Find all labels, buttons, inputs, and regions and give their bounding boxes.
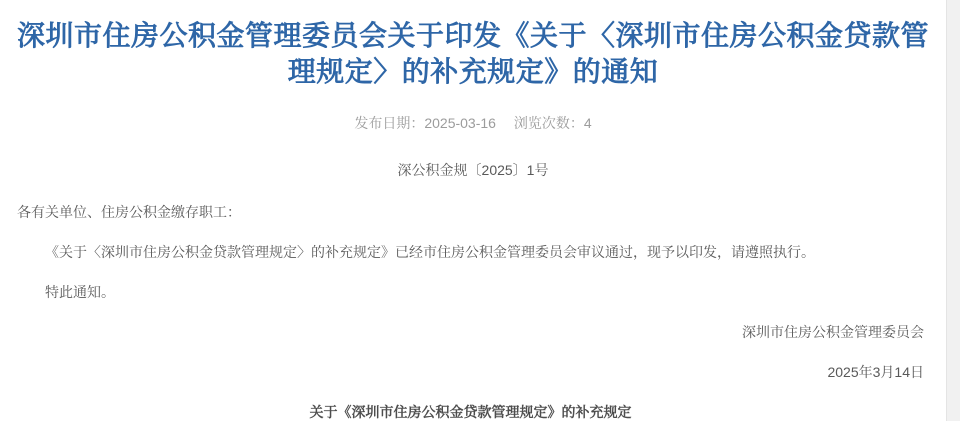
document-number: 深公积金规〔2025〕1号 — [0, 160, 946, 180]
publish-date: 发布日期：2025-03-16 — [354, 115, 496, 131]
notice-title: 深圳市住房公积金管理委员会关于印发《关于〈深圳市住房公积金贷款管理规定〉的补充规… — [0, 18, 946, 90]
body-paragraph: 《关于〈深圳市住房公积金贷款管理规定〉的补充规定》已经市住房公积金管理委员会审议… — [17, 244, 924, 260]
view-count: 浏览次数：4 — [514, 115, 592, 131]
view-count-label: 浏览次数： — [514, 115, 584, 131]
notice-body: 各有关单位、住房公积金缴存职工： 《关于〈深圳市住房公积金贷款管理规定〉的补充规… — [0, 204, 946, 420]
attachment-title: 关于《深圳市住房公积金贷款管理规定》的补充规定 — [17, 404, 924, 420]
page-viewport: 深圳市住房公积金管理委员会关于印发《关于〈深圳市住房公积金贷款管理规定〉的补充规… — [0, 0, 960, 421]
view-count-value: 4 — [584, 115, 592, 131]
notice-meta: 发布日期：2025-03-16 浏览次数：4 — [0, 113, 946, 133]
salutation: 各有关单位、住房公积金缴存职工： — [17, 204, 924, 220]
publish-date-label: 发布日期： — [354, 115, 424, 131]
closing-line: 特此通知。 — [17, 284, 924, 300]
signature-date: 2025年3月14日 — [17, 364, 924, 380]
publish-date-value: 2025-03-16 — [424, 115, 496, 131]
notice-document: 深圳市住房公积金管理委员会关于印发《关于〈深圳市住房公积金贷款管理规定〉的补充规… — [0, 0, 947, 421]
signature-org: 深圳市住房公积金管理委员会 — [17, 324, 924, 340]
